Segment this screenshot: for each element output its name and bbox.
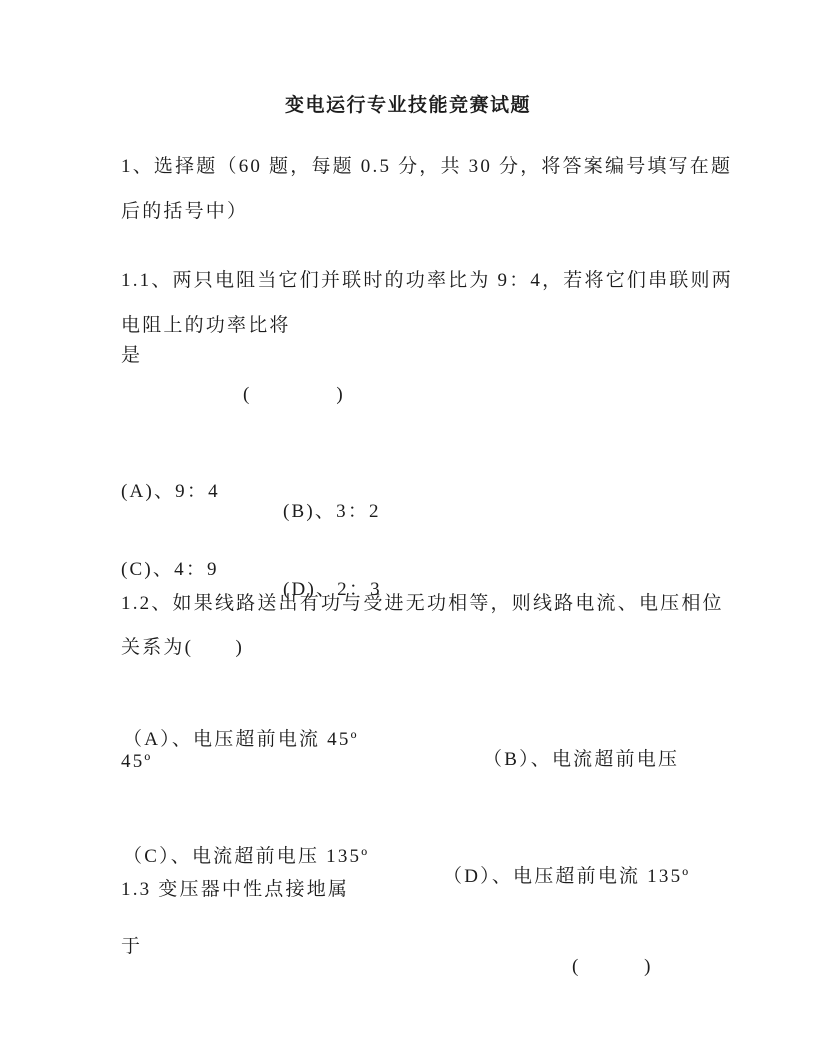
q1-3-stem-line-1: 1.3 变压器中性点接地属	[121, 880, 349, 900]
q1-1-stem-line-3: 是	[121, 346, 142, 366]
intro-line-2: 后的括号中）	[121, 202, 248, 222]
q1-2-stem-line-2: 关系为( )	[121, 638, 244, 658]
q1-1-option-c: (C)、4：9	[121, 560, 219, 580]
q1-1-option-a: (A)、9：4	[121, 482, 220, 502]
q1-1-options-row-ab: (A)、9：4 (B)、3：2	[0, 462, 816, 542]
q1-1-stem-line-1: 1.1、两只电阻当它们并联时的功率比为 9：4，若将它们串联则两	[121, 271, 733, 291]
intro-line-1: 1、选择题（60 题，每题 0.5 分，共 30 分，将答案编号填写在题	[121, 157, 732, 177]
q1-2-option-d: （D）、电压超前电流 135º	[443, 867, 690, 887]
q1-3-stem-line-2: 于	[121, 937, 142, 957]
q1-2-option-b-line-2: 45º	[121, 752, 153, 772]
document-title: 变电运行专业技能竞赛试题	[0, 96, 816, 116]
q1-1-answer-blank: ( )	[243, 385, 345, 405]
q1-2-option-b-line-1: （B）、电流超前电压	[483, 750, 679, 770]
q1-2-option-a: （A）、电压超前电流 45º	[123, 730, 359, 750]
exam-document-page: 变电运行专业技能竞赛试题 1、选择题（60 题，每题 0.5 分，共 30 分，…	[0, 0, 816, 1056]
q1-2-option-c: （C）、电流超前电压 135º	[123, 847, 369, 867]
q1-1-stem-line-2: 电阻上的功率比将	[121, 316, 291, 336]
q1-2-stem-line-1: 1.2、如果线路送出有功与受进无功相等，则线路电流、电压相位	[121, 594, 724, 614]
q1-3-answer-blank: ( )	[572, 957, 653, 977]
q1-1-option-b: (B)、3：2	[283, 502, 381, 522]
q1-2-options-row-ab: （A）、电压超前电流 45º （B）、电流超前电压	[0, 710, 816, 790]
q1-3-stem-line-2-row: 于 ( )	[0, 917, 816, 997]
